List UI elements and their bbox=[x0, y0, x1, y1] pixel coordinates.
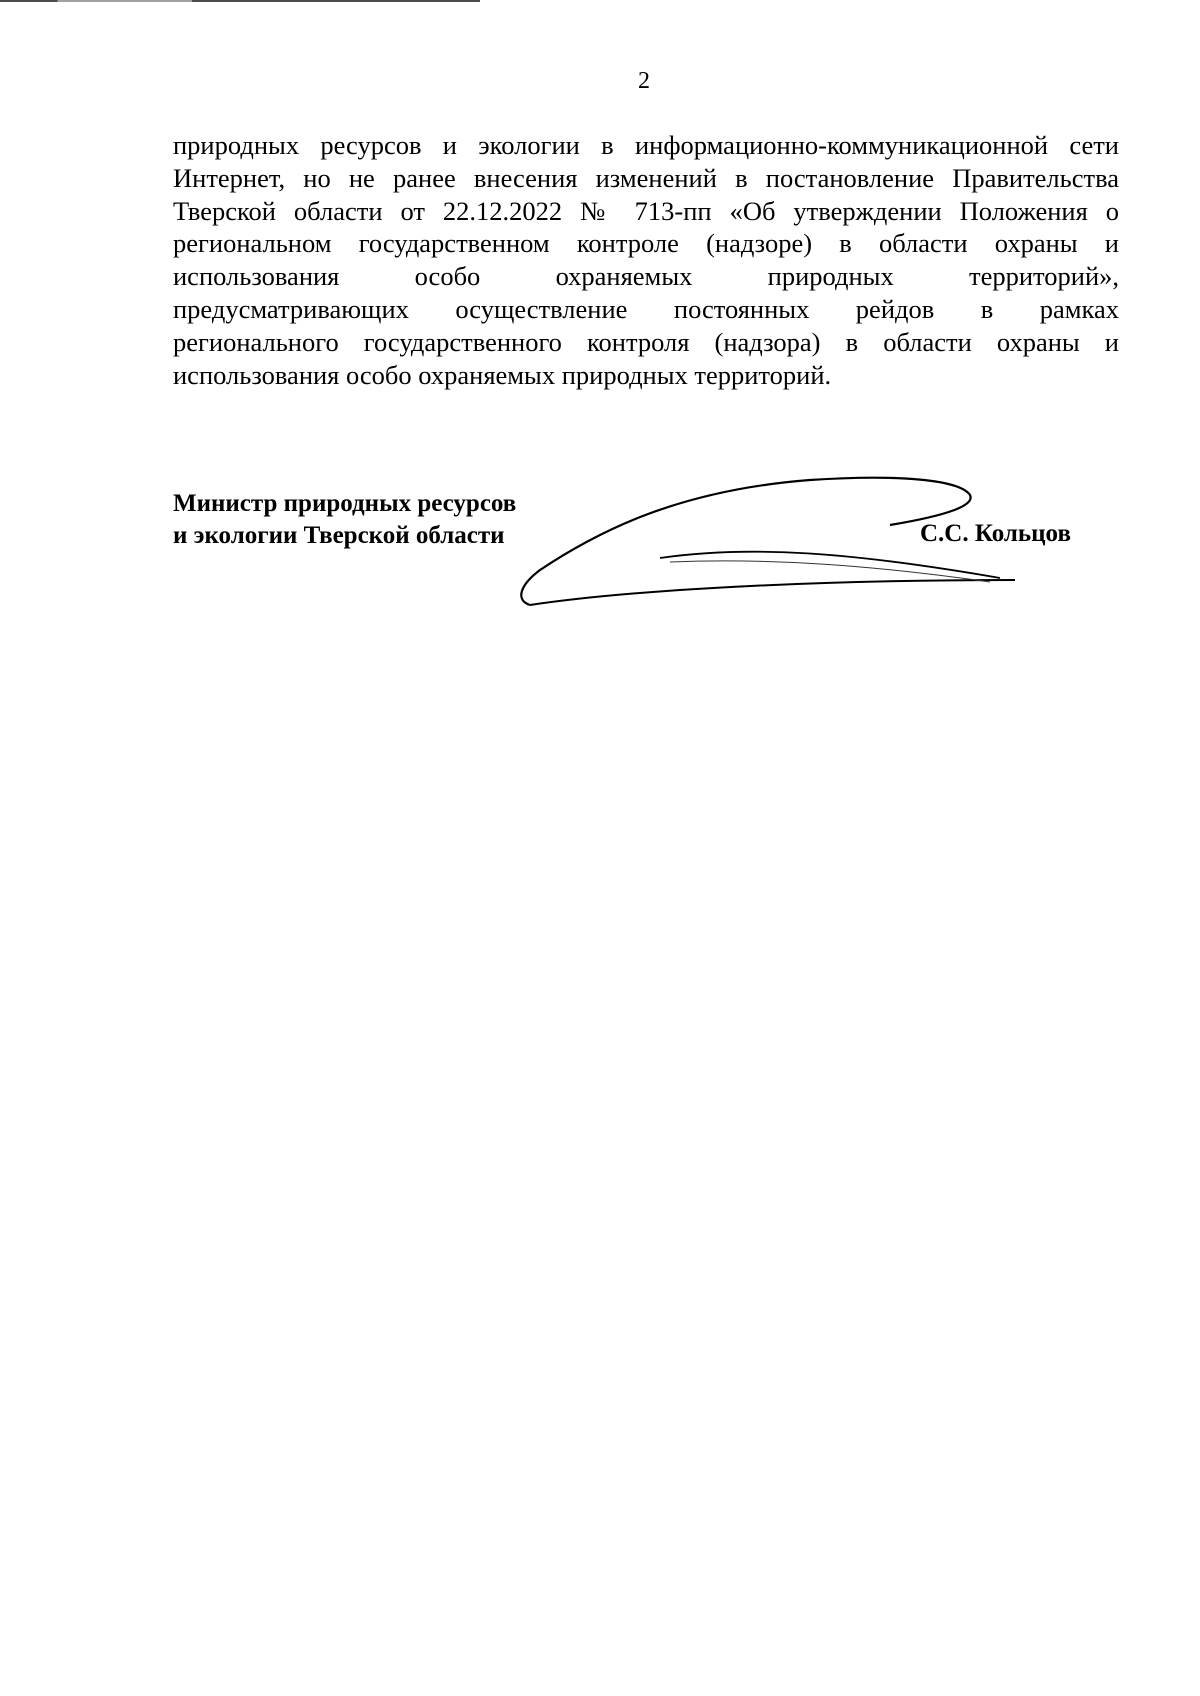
body-paragraph: природных ресурсов и экологии в информац… bbox=[173, 129, 1119, 391]
body-line: предусматривающих осуществление постоянн… bbox=[173, 293, 1119, 326]
body-line: Тверской области от 22.12.2022 № 713-пп … bbox=[173, 195, 1119, 228]
signatory-name: С.С. Кольцов bbox=[920, 520, 1071, 548]
body-line: Интернет, но не ранее внесения изменений… bbox=[173, 162, 1119, 195]
body-line: регионального государственного контроля … bbox=[173, 326, 1119, 359]
signatory-title-line: и экологии Тверской области bbox=[173, 520, 516, 552]
body-line: использования особо охраняемых природных… bbox=[173, 359, 1119, 392]
page-number: 2 bbox=[0, 68, 1200, 95]
body-line: региональном государственном контроле (н… bbox=[173, 227, 1119, 260]
signatory-title-line: Министр природных ресурсов bbox=[173, 488, 516, 520]
body-line: природных ресурсов и экологии в информац… bbox=[173, 129, 1119, 162]
signatory-title: Министр природных ресурсов и экологии Тв… bbox=[173, 488, 516, 552]
body-line: использования особо охраняемых природных… bbox=[173, 260, 1119, 293]
scan-edge-artifact bbox=[0, 0, 480, 2]
